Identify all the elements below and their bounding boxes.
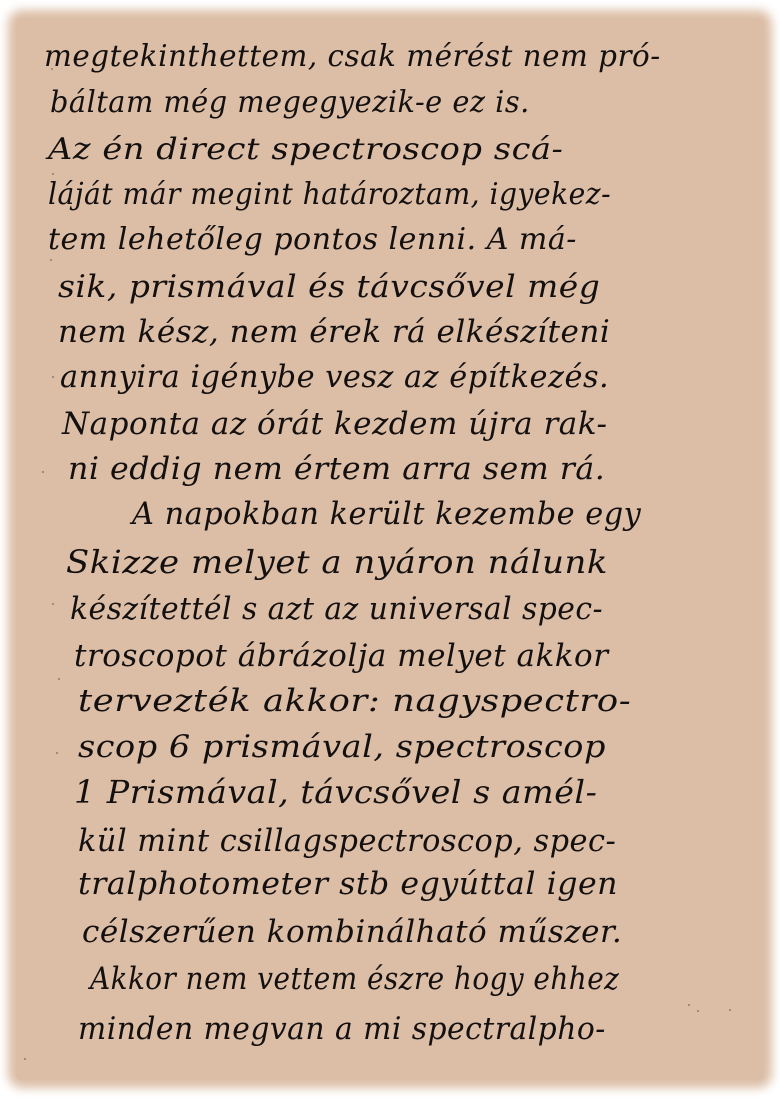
handwritten-line: Az én direct spectroscop scá-: [48, 135, 563, 165]
speck: [42, 471, 44, 473]
handwritten-line: troscopot ábrázolja melyet akkor: [74, 641, 609, 672]
handwritten-line: kül mint csillagspectroscop, spec-: [78, 826, 616, 857]
speck: [688, 1004, 690, 1006]
handwritten-line: Skizze melyet a nyáron nálunk: [66, 546, 608, 578]
handwritten-line: ni eddig nem értem arra sem rá.: [68, 454, 605, 485]
handwritten-line: nem kész, nem érek rá elkészíteni: [58, 317, 610, 348]
speck: [52, 173, 54, 175]
handwritten-line: Akkor nem vettem észre hogy ehhez: [90, 964, 619, 995]
handwritten-line: tralphotometer stb egyúttal igen: [78, 869, 618, 900]
speck: [697, 1010, 699, 1012]
handwritten-line: A napokban került kezembe egy: [132, 499, 641, 530]
speck: [24, 1058, 26, 1060]
handwritten-line: 1 Prismával, távcsővel s amél-: [74, 776, 597, 808]
speck: [729, 1009, 731, 1011]
speck: [58, 678, 60, 680]
handwritten-line: báltam még megegyezik-e ez is.: [50, 88, 530, 118]
handwritten-line: Naponta az órát kezdem újra rak-: [62, 409, 607, 440]
handwritten-line: sik, prismával és távcsővel még: [58, 272, 600, 303]
handwritten-line: készítettél s azt az universal spec-: [70, 594, 603, 625]
handwritten-line: megtekinthettem, csak mérést nem pró-: [44, 42, 661, 72]
handwritten-line: láját már megint határoztam, igyekez-: [48, 180, 611, 210]
speck: [56, 752, 58, 754]
speck: [50, 259, 52, 261]
handwritten-line: tervezték akkor: nagyspectro-: [78, 686, 631, 717]
speck: [52, 603, 54, 605]
handwritten-line: minden megvan a mi spectralpho-: [78, 1014, 606, 1045]
handwritten-line: tem lehetőleg pontos lenni. A má-: [48, 225, 577, 255]
speck: [52, 376, 54, 378]
handwritten-line: annyira igénybe vesz az építkezés.: [60, 362, 609, 393]
handwritten-line: célszerűen kombinálható műszer.: [82, 917, 622, 948]
handwritten-line: scop 6 prismával, spectroscop: [78, 732, 606, 763]
